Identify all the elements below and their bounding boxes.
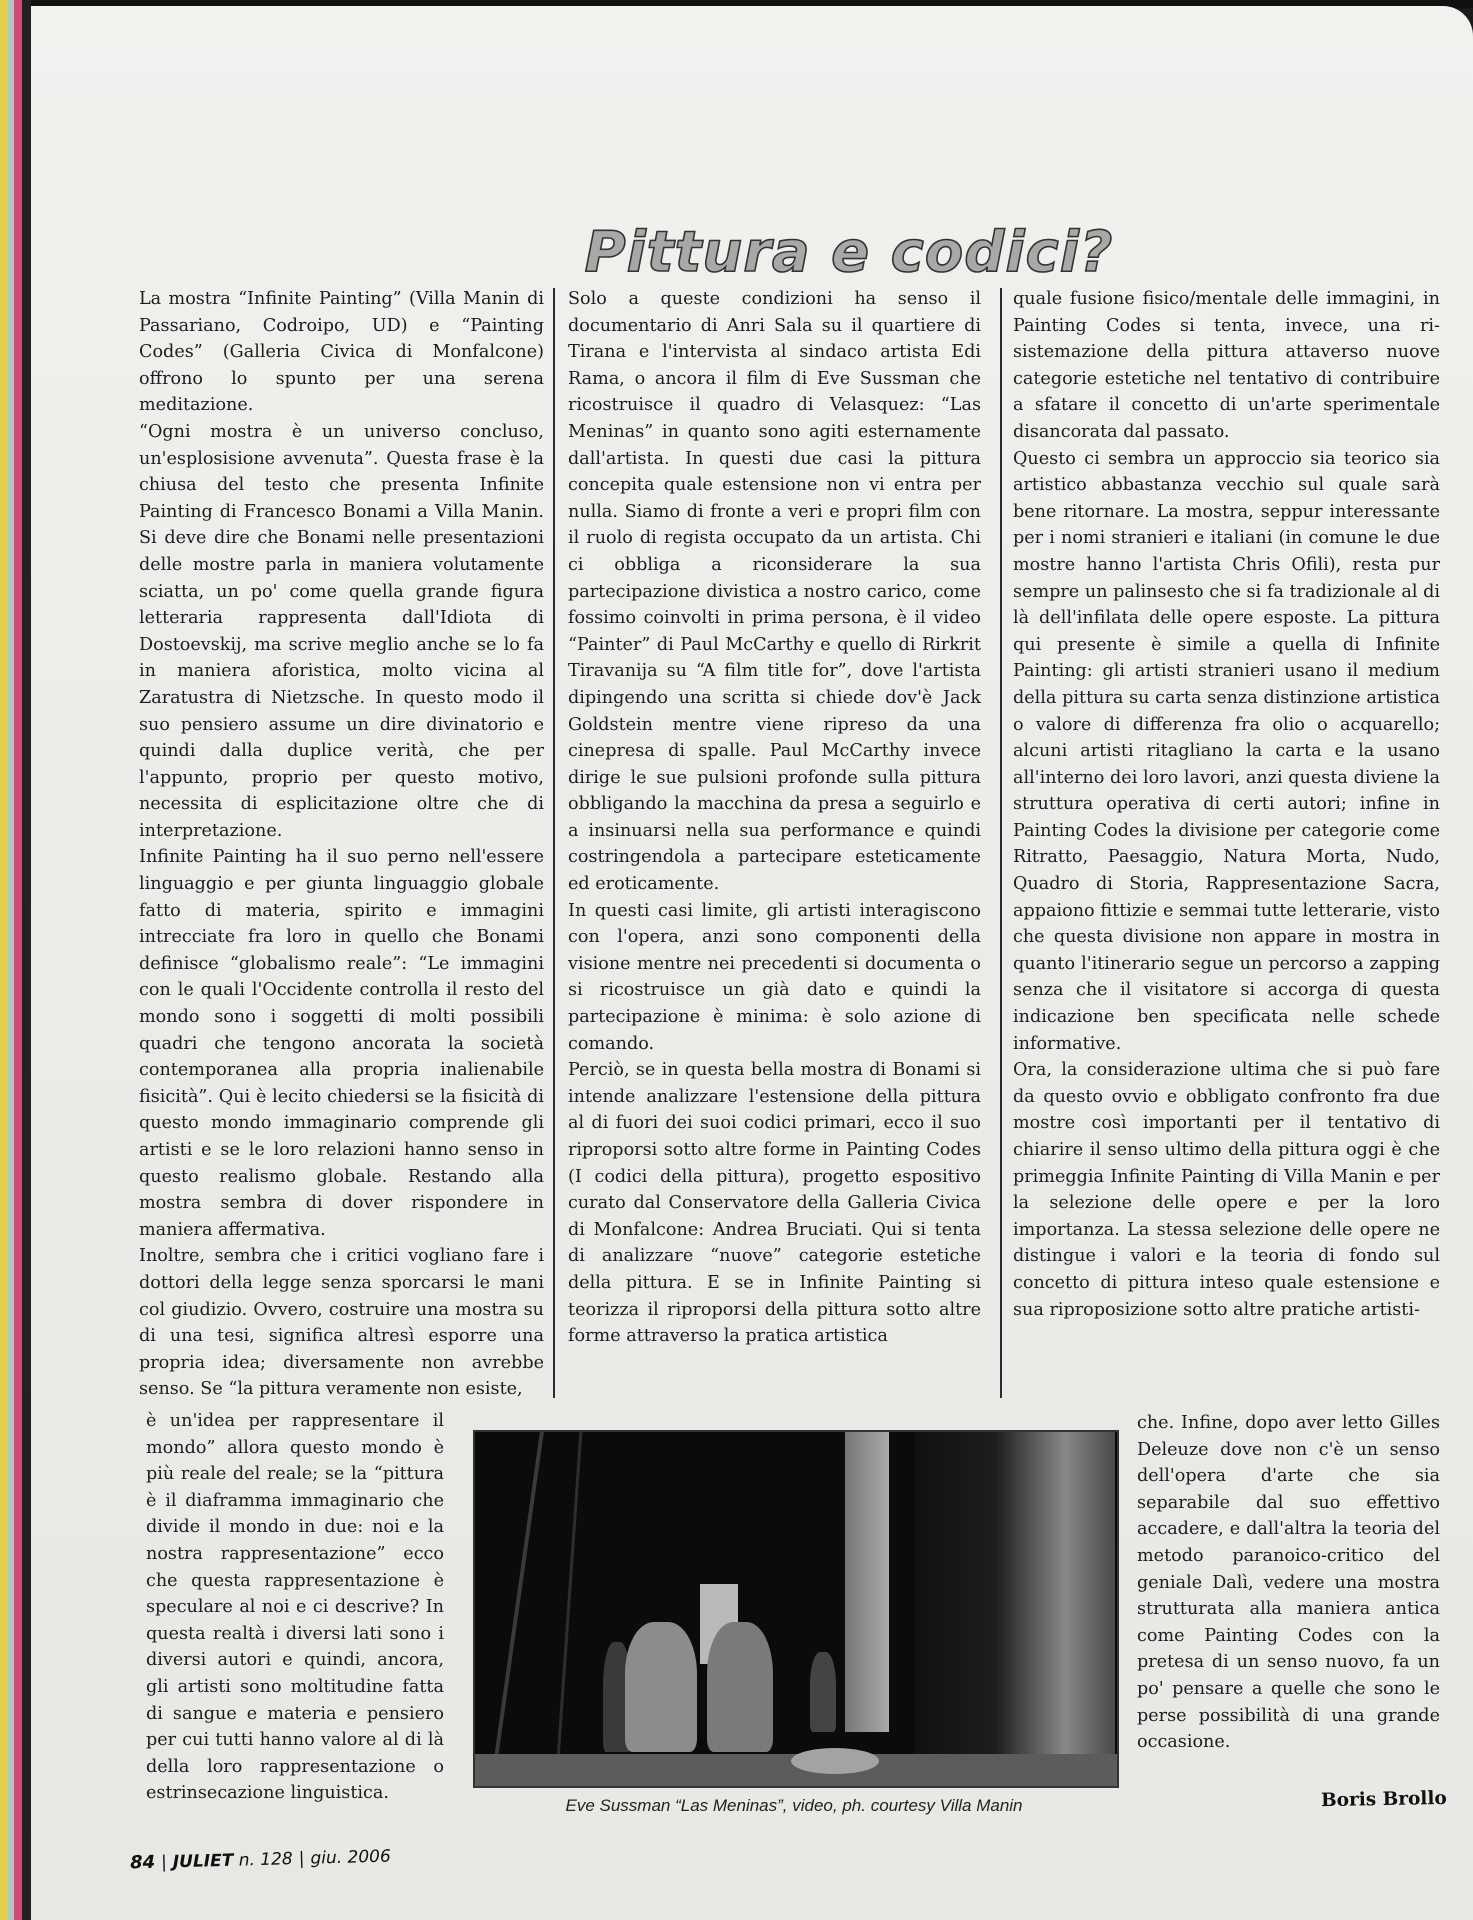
article-photo-las-meninas: [473, 1430, 1119, 1788]
paragraph: Perciò, se in questa bella mostra di Bon…: [568, 1057, 981, 1350]
issue-date: giu. 2006: [310, 1847, 391, 1869]
paragraph: Inoltre, sembra che i critici vogliano f…: [139, 1243, 544, 1403]
paragraph: Questo ci sembra un approccio sia teoric…: [1013, 446, 1440, 1058]
paragraph: Ora, la considerazione ultima che si può…: [1013, 1057, 1440, 1323]
page-footer: 84|JULIET n. 128|giu. 2006: [130, 1846, 391, 1874]
paragraph: “Ogni mostra è un universo concluso, un'…: [139, 419, 544, 845]
article-column-2: Solo a queste condizioni ha senso il doc…: [568, 286, 981, 1350]
photo-caption: Eve Sussman “Las Meninas”, video, ph. co…: [473, 1796, 1115, 1816]
photo-dog: [791, 1748, 879, 1774]
article-title: Pittura e codici?: [128, 220, 1473, 285]
article-column-3-wrap: che. Infine, dopo aver letto Gilles Dele…: [1137, 1410, 1440, 1756]
column-divider: [1000, 288, 1002, 1398]
paragraph: è un'idea per rappresentare il mondo” al…: [146, 1408, 444, 1807]
paragraph: In questi casi limite, gli artisti inter…: [568, 898, 981, 1058]
magazine-name: JULIET: [173, 1851, 234, 1873]
photo-figure: [707, 1622, 773, 1752]
photo-detail: [845, 1432, 889, 1732]
issue-number: n. 128: [238, 1849, 293, 1870]
column-divider: [553, 288, 555, 1398]
magazine-page: Pittura e codici? La mostra “Infinite Pa…: [31, 6, 1473, 1920]
page-number: 84: [130, 1852, 156, 1874]
separator: |: [161, 1852, 167, 1872]
paragraph: La mostra “Infinite Painting” (Villa Man…: [139, 286, 544, 419]
article-column-3: quale fusione fisico/mentale delle immag…: [1013, 286, 1440, 1323]
separator: |: [298, 1849, 304, 1869]
photo-figure: [625, 1622, 697, 1752]
article-column-1: La mostra “Infinite Painting” (Villa Man…: [139, 286, 544, 1403]
photo-detail: [915, 1432, 1115, 1786]
article-column-1-wrap: è un'idea per rappresentare il mondo” al…: [146, 1408, 444, 1807]
photo-figure: [810, 1652, 836, 1732]
paragraph: Infinite Painting ha il suo perno nell'e…: [139, 844, 544, 1243]
paragraph: Solo a queste condizioni ha senso il doc…: [568, 286, 981, 898]
photo-detail: [490, 1432, 544, 1786]
paragraph: che. Infine, dopo aver letto Gilles Dele…: [1137, 1410, 1440, 1756]
page-spine-edge: [22, 0, 31, 1920]
paragraph: quale fusione fisico/mentale delle immag…: [1013, 286, 1440, 446]
adjacent-page-edge-pink: [14, 0, 22, 1920]
photo-detail: [555, 1432, 583, 1786]
article-author: Boris Brollo: [1321, 1788, 1447, 1811]
adjacent-page-edge-yellow: [0, 0, 8, 1920]
